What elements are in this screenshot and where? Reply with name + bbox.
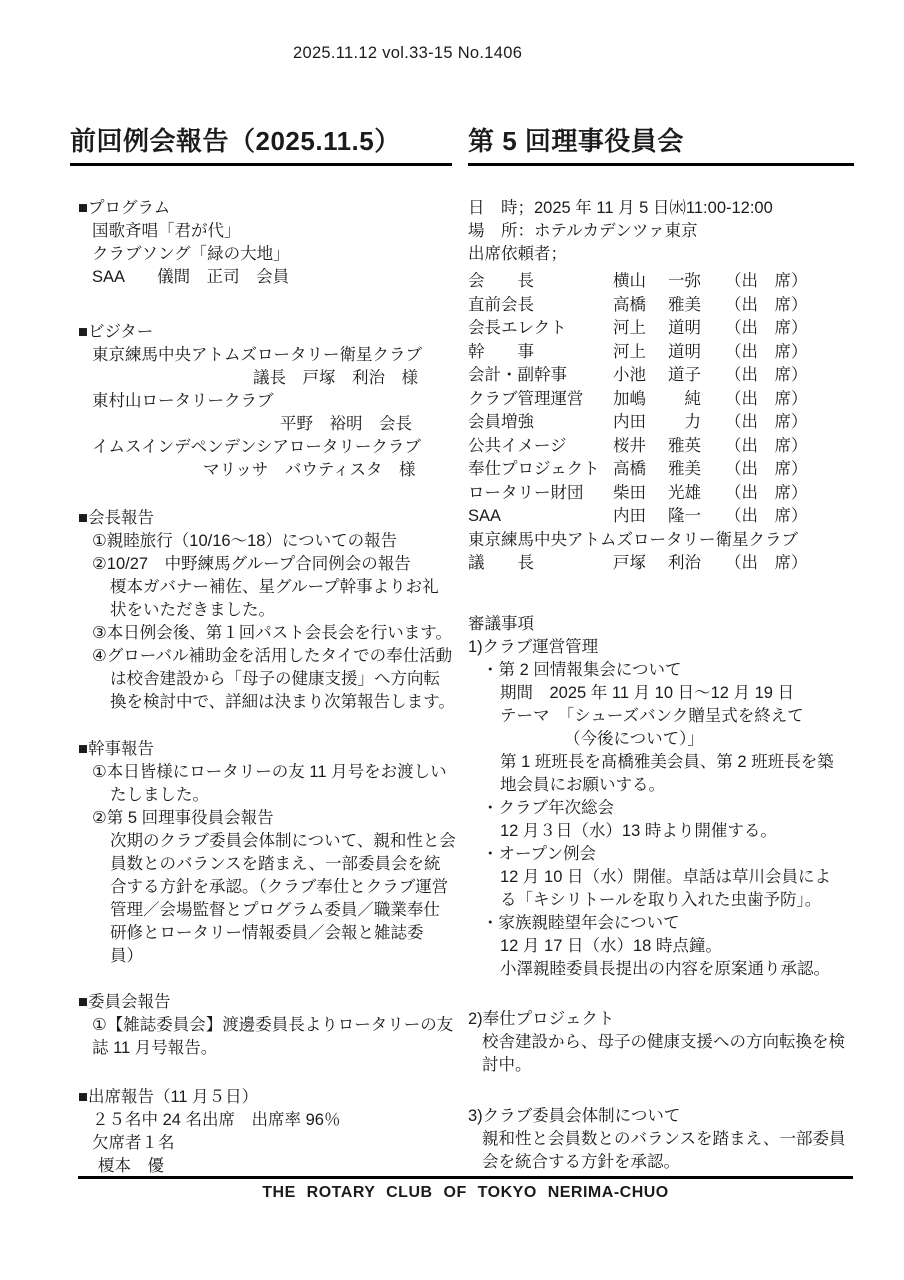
attendee-name: 内田力 — [613, 411, 701, 434]
attendee-first-name: 力 — [685, 411, 702, 434]
text-line: ２５名中 24 名出席 出席率 96％ — [70, 1109, 452, 1132]
attendee-role: ロータリー財団 — [468, 482, 613, 505]
program-heading: ■プログラム — [70, 197, 452, 220]
visitors-heading: ■ビジター — [70, 321, 452, 344]
text-line: 状をいただきました。 — [70, 599, 452, 622]
footer-divider — [78, 1176, 853, 1179]
text-line: は校舎建設から「母子の健康支援」へ方向転 — [70, 668, 452, 691]
attendee-first-name: 道子 — [668, 364, 701, 387]
text-line: SAA 儀間 正司 会員 — [70, 266, 452, 289]
attendee-last-name: 河上 — [613, 317, 646, 340]
attendee-name: 戸塚利治 — [613, 552, 701, 575]
text-line: ・第 2 回情報集会について — [468, 659, 854, 682]
text-line: たしました。 — [70, 784, 452, 807]
text-line: 平野 裕明 会長 — [70, 413, 452, 436]
text-line: イムスインデペンデンシアロータリークラブ — [70, 436, 452, 459]
attendee-row: 直前会長 高橋雅美 （出 席） — [468, 294, 854, 318]
attendee-name: 高橋雅美 — [613, 458, 701, 481]
bulletin-page: 2025.11.12 vol.33-15 No.1406 前回例会報告（2025… — [0, 0, 904, 1280]
text-line: ①親睦旅行（10/16～18）についての報告 — [70, 530, 452, 553]
attendee-last-name: 桜井 — [613, 435, 646, 458]
attendee-first-name: 利治 — [668, 552, 701, 575]
text-line: ②第 5 回理事役員会報告 — [70, 807, 452, 830]
text-line: 地会員にお願いする。 — [468, 774, 854, 797]
text-line: 会を統合する方針を承認。 — [468, 1151, 854, 1174]
text-line: 次期のクラブ委員会体制について、親和性と会 — [70, 830, 452, 853]
committee-report-section: ■委員会報告 ①【雑誌委員会】渡邊委員長よりロータリーの友 誌 11 月号報告。 — [70, 991, 452, 1060]
attendee-role: 会長エレクト — [468, 317, 613, 340]
text-line: ①本日皆様にロータリーの友 11 月号をお渡しい — [70, 761, 452, 784]
attendee-last-name: 高橋 — [613, 458, 646, 481]
attendee-status: （出 席） — [725, 435, 808, 458]
attendee-row: 会計・副幹事 小池道子 （出 席） — [468, 364, 854, 388]
attendee-name: 河上道明 — [613, 341, 701, 364]
attendee-status: （出 席） — [725, 270, 808, 293]
text-line: ・オープン例会 — [468, 843, 854, 866]
board-meeting-column: 第 5 回理事役員会 日 時；2025 年 11 月 5 日㈬11:00-12:… — [468, 124, 854, 1174]
attendee-last-name: 内田 — [613, 505, 646, 528]
text-line: 2)奉仕プロジェクト — [468, 1008, 854, 1031]
text-line: 合する方針を承認。（クラブ奉仕とクラブ運営 — [70, 876, 452, 899]
attendee-last-name: 横山 — [613, 270, 646, 293]
attendee-role: クラブ管理運営 — [468, 388, 613, 411]
issue-line: 2025.11.12 vol.33-15 No.1406 — [293, 44, 522, 63]
agenda-heading: 審議事項 — [468, 613, 854, 636]
text-line: る「キシリトールを取り入れた虫歯予防」。 — [468, 889, 854, 912]
attendee-role: 会 長 — [468, 270, 613, 293]
attendee-name: 横山一弥 — [613, 270, 701, 293]
text-line: 1)クラブ運営管理 — [468, 636, 854, 659]
attendee-name: 柴田光雄 — [613, 482, 701, 505]
text-line: マリッサ バウティスタ 様 — [70, 459, 452, 482]
text-line: （今後について）」 — [468, 728, 854, 751]
text-line: 員） — [70, 945, 452, 968]
agenda-section: 審議事項 1)クラブ運営管理 ・第 2 回情報集会について 期間 2025 年 … — [468, 613, 854, 981]
attendee-name: 河上道明 — [613, 317, 701, 340]
text-line: ④グローバル補助金を活用したタイでの奉仕活動 — [70, 645, 452, 668]
attendee-role: 奉仕プロジェクト — [468, 458, 613, 481]
previous-meeting-report-column: 前回例会報告（2025.11.5） ■プログラム 国歌斉唱「君が代」 クラブソン… — [70, 124, 452, 1178]
attendee-name: 内田隆一 — [613, 505, 701, 528]
attendee-first-name: 雅英 — [668, 435, 701, 458]
text-line: 榎本 優 — [70, 1155, 452, 1178]
attendee-status: （出 席） — [725, 482, 808, 505]
visitors-section: ■ビジター 東京練馬中央アトムズロータリー衛星クラブ 議長 戸塚 利治 様 東村… — [70, 321, 452, 482]
text-line: 管理／会場監督とプログラム委員／職業奉仕 — [70, 899, 452, 922]
president-report-section: ■会長報告 ①親睦旅行（10/16～18）についての報告 ②10/27 中野練馬… — [70, 507, 452, 714]
attendee-first-name: 一弥 — [668, 270, 701, 293]
attendee-status: （出 席） — [725, 364, 808, 387]
left-column-title: 前回例会報告（2025.11.5） — [70, 124, 452, 166]
attendee-row: 公共イメージ 桜井雅英 （出 席） — [468, 435, 854, 459]
program-section: ■プログラム 国歌斉唱「君が代」 クラブソング「緑の大地」 SAA 儀間 正司 … — [70, 197, 452, 289]
text-line: 東京練馬中央アトムズロータリー衛星クラブ — [70, 344, 452, 367]
text-line: 換を検討中で、詳細は決まり次第報告します。 — [70, 691, 452, 714]
attendee-role: 公共イメージ — [468, 435, 613, 458]
attendance-report-heading: ■出席報告（11 月５日） — [70, 1086, 452, 1109]
text-line: 12 月 17 日（水）18 時点鐘。 — [468, 935, 854, 958]
text-line: クラブソング「緑の大地」 — [70, 243, 452, 266]
attendee-role: 幹 事 — [468, 341, 613, 364]
attendee-last-name: 小池 — [613, 364, 646, 387]
attendee-first-name: 隆一 — [668, 505, 701, 528]
attendee-list-label: 出席依頼者； — [468, 243, 854, 266]
text-line: 国歌斉唱「君が代」 — [70, 220, 452, 243]
attendance-report-section: ■出席報告（11 月５日） ２５名中 24 名出席 出席率 96％ 欠席者１名 … — [70, 1086, 452, 1178]
attendee-status: （出 席） — [725, 552, 808, 575]
attendee-status: （出 席） — [725, 411, 808, 434]
president-report-heading: ■会長報告 — [70, 507, 452, 530]
text-line: 榎本ガバナー補佐、星グループ幹事よりお礼 — [70, 576, 452, 599]
attendee-role: SAA — [468, 505, 613, 528]
text-line: 親和性と会員数とのバランスを踏まえ、一部委員 — [468, 1128, 854, 1151]
attendee-role: 会計・副幹事 — [468, 364, 613, 387]
text-line: 第 1 班班長を髙橋雅美会員、第 2 班班長を築 — [468, 751, 854, 774]
agenda-item3-section: 3)クラブ委員会体制について 親和性と会員数とのバランスを踏まえ、一部委員 会を… — [468, 1105, 854, 1174]
text-line: ・家族親睦望年会について — [468, 912, 854, 935]
attendee-first-name: 純 — [685, 388, 702, 411]
text-line: 12 月 10 日（水）開催。卓話は草川会員によ — [468, 866, 854, 889]
text-line: 欠席者１名 — [70, 1132, 452, 1155]
text-line: 小澤親睦委員長提出の内容を原案通り承認。 — [468, 958, 854, 981]
meeting-datetime: 日 時；2025 年 11 月 5 日㈬11:00-12:00 — [468, 197, 854, 220]
attendee-role: 議 長 — [468, 552, 613, 575]
attendee-row: クラブ管理運営 加嶋純 （出 席） — [468, 388, 854, 412]
attendee-status: （出 席） — [725, 388, 808, 411]
attendee-row: 会 長 横山一弥 （出 席） — [468, 270, 854, 294]
text-line: 3)クラブ委員会体制について — [468, 1105, 854, 1128]
attendee-first-name: 光雄 — [668, 482, 701, 505]
text-line: 誌 11 月号報告。 — [70, 1037, 452, 1060]
text-line: ③本日例会後、第１回パスト会長会を行います。 — [70, 622, 452, 645]
attendee-name: 高橋雅美 — [613, 294, 701, 317]
agenda-item2-section: 2)奉仕プロジェクト 校舎建設から、母子の健康支援への方向転換を検 討中。 — [468, 1008, 854, 1077]
attendee-status: （出 席） — [725, 341, 808, 364]
meeting-place: 場 所：ホテルカデンツァ東京 — [468, 220, 854, 243]
attendee-first-name: 道明 — [668, 341, 701, 364]
text-line: ②10/27 中野練馬グループ合同例会の報告 — [70, 553, 452, 576]
secretary-report-section: ■幹事報告 ①本日皆様にロータリーの友 11 月号をお渡しい たしました。 ②第… — [70, 738, 452, 968]
text-line: 12 月３日（水）13 時より開催する。 — [468, 820, 854, 843]
attendee-first-name: 雅美 — [668, 294, 701, 317]
text-line: ①【雑誌委員会】渡邊委員長よりロータリーの友 — [70, 1014, 452, 1037]
text-line: 討中。 — [468, 1054, 854, 1077]
attendee-name: 桜井雅英 — [613, 435, 701, 458]
attendee-row: ロータリー財団 柴田光雄 （出 席） — [468, 482, 854, 506]
attendee-role: 会員増強 — [468, 411, 613, 434]
attendee-row: 会長エレクト 河上道明 （出 席） — [468, 317, 854, 341]
text-line: テーマ 「シューズバンク贈呈式を終えて — [468, 705, 854, 728]
text-line: 研修とロータリー情報委員／会報と雑誌委 — [70, 922, 452, 945]
attendee-last-name: 戸塚 — [613, 552, 646, 575]
attendee-role: 直前会長 — [468, 294, 613, 317]
secretary-report-heading: ■幹事報告 — [70, 738, 452, 761]
attendee-status: （出 席） — [725, 294, 808, 317]
attendee-last-name: 内田 — [613, 411, 646, 434]
text-line: 期間 2025 年 11 月 10 日～12 月 19 日 — [468, 682, 854, 705]
attendee-row: 会員増強 内田力 （出 席） — [468, 411, 854, 435]
attendee-status: （出 席） — [725, 458, 808, 481]
attendee-row: 奉仕プロジェクト 高橋雅美 （出 席） — [468, 458, 854, 482]
attendee-row: 幹 事 河上道明 （出 席） — [468, 341, 854, 365]
text-line: 議長 戸塚 利治 様 — [70, 367, 452, 390]
text-line: 校舎建設から、母子の健康支援への方向転換を検 — [468, 1031, 854, 1054]
satellite-club-line: 東京練馬中央アトムズロータリー衛星クラブ — [468, 529, 854, 553]
attendee-name: 加嶋純 — [613, 388, 701, 411]
text-line: 東村山ロータリークラブ — [70, 390, 452, 413]
attendee-last-name: 柴田 — [613, 482, 646, 505]
attendee-list: 会 長 横山一弥 （出 席） 直前会長 高橋雅美 （出 席） 会長エレクト 河上… — [468, 270, 854, 576]
attendee-status: （出 席） — [725, 317, 808, 340]
attendee-first-name: 雅美 — [668, 458, 701, 481]
right-column-title: 第 5 回理事役員会 — [468, 124, 854, 166]
committee-report-heading: ■委員会報告 — [70, 991, 452, 1014]
text-line: 員数とのバランスを踏まえ、一部委員会を統 — [70, 853, 452, 876]
footer-club-name: THE ROTARY CLUB OF TOKYO NERIMA-CHUO — [78, 1184, 853, 1202]
attendee-last-name: 加嶋 — [613, 388, 646, 411]
text-line: ・クラブ年次総会 — [468, 797, 854, 820]
attendee-last-name: 河上 — [613, 341, 646, 364]
meeting-meta-section: 日 時；2025 年 11 月 5 日㈬11:00-12:00 場 所：ホテルカ… — [468, 197, 854, 266]
attendee-last-name: 高橋 — [613, 294, 646, 317]
attendee-first-name: 道明 — [668, 317, 701, 340]
attendee-row: 議 長 戸塚利治 （出 席） — [468, 552, 854, 576]
attendee-name: 小池道子 — [613, 364, 701, 387]
attendee-row: SAA 内田隆一 （出 席） — [468, 505, 854, 529]
attendee-status: （出 席） — [725, 505, 808, 528]
